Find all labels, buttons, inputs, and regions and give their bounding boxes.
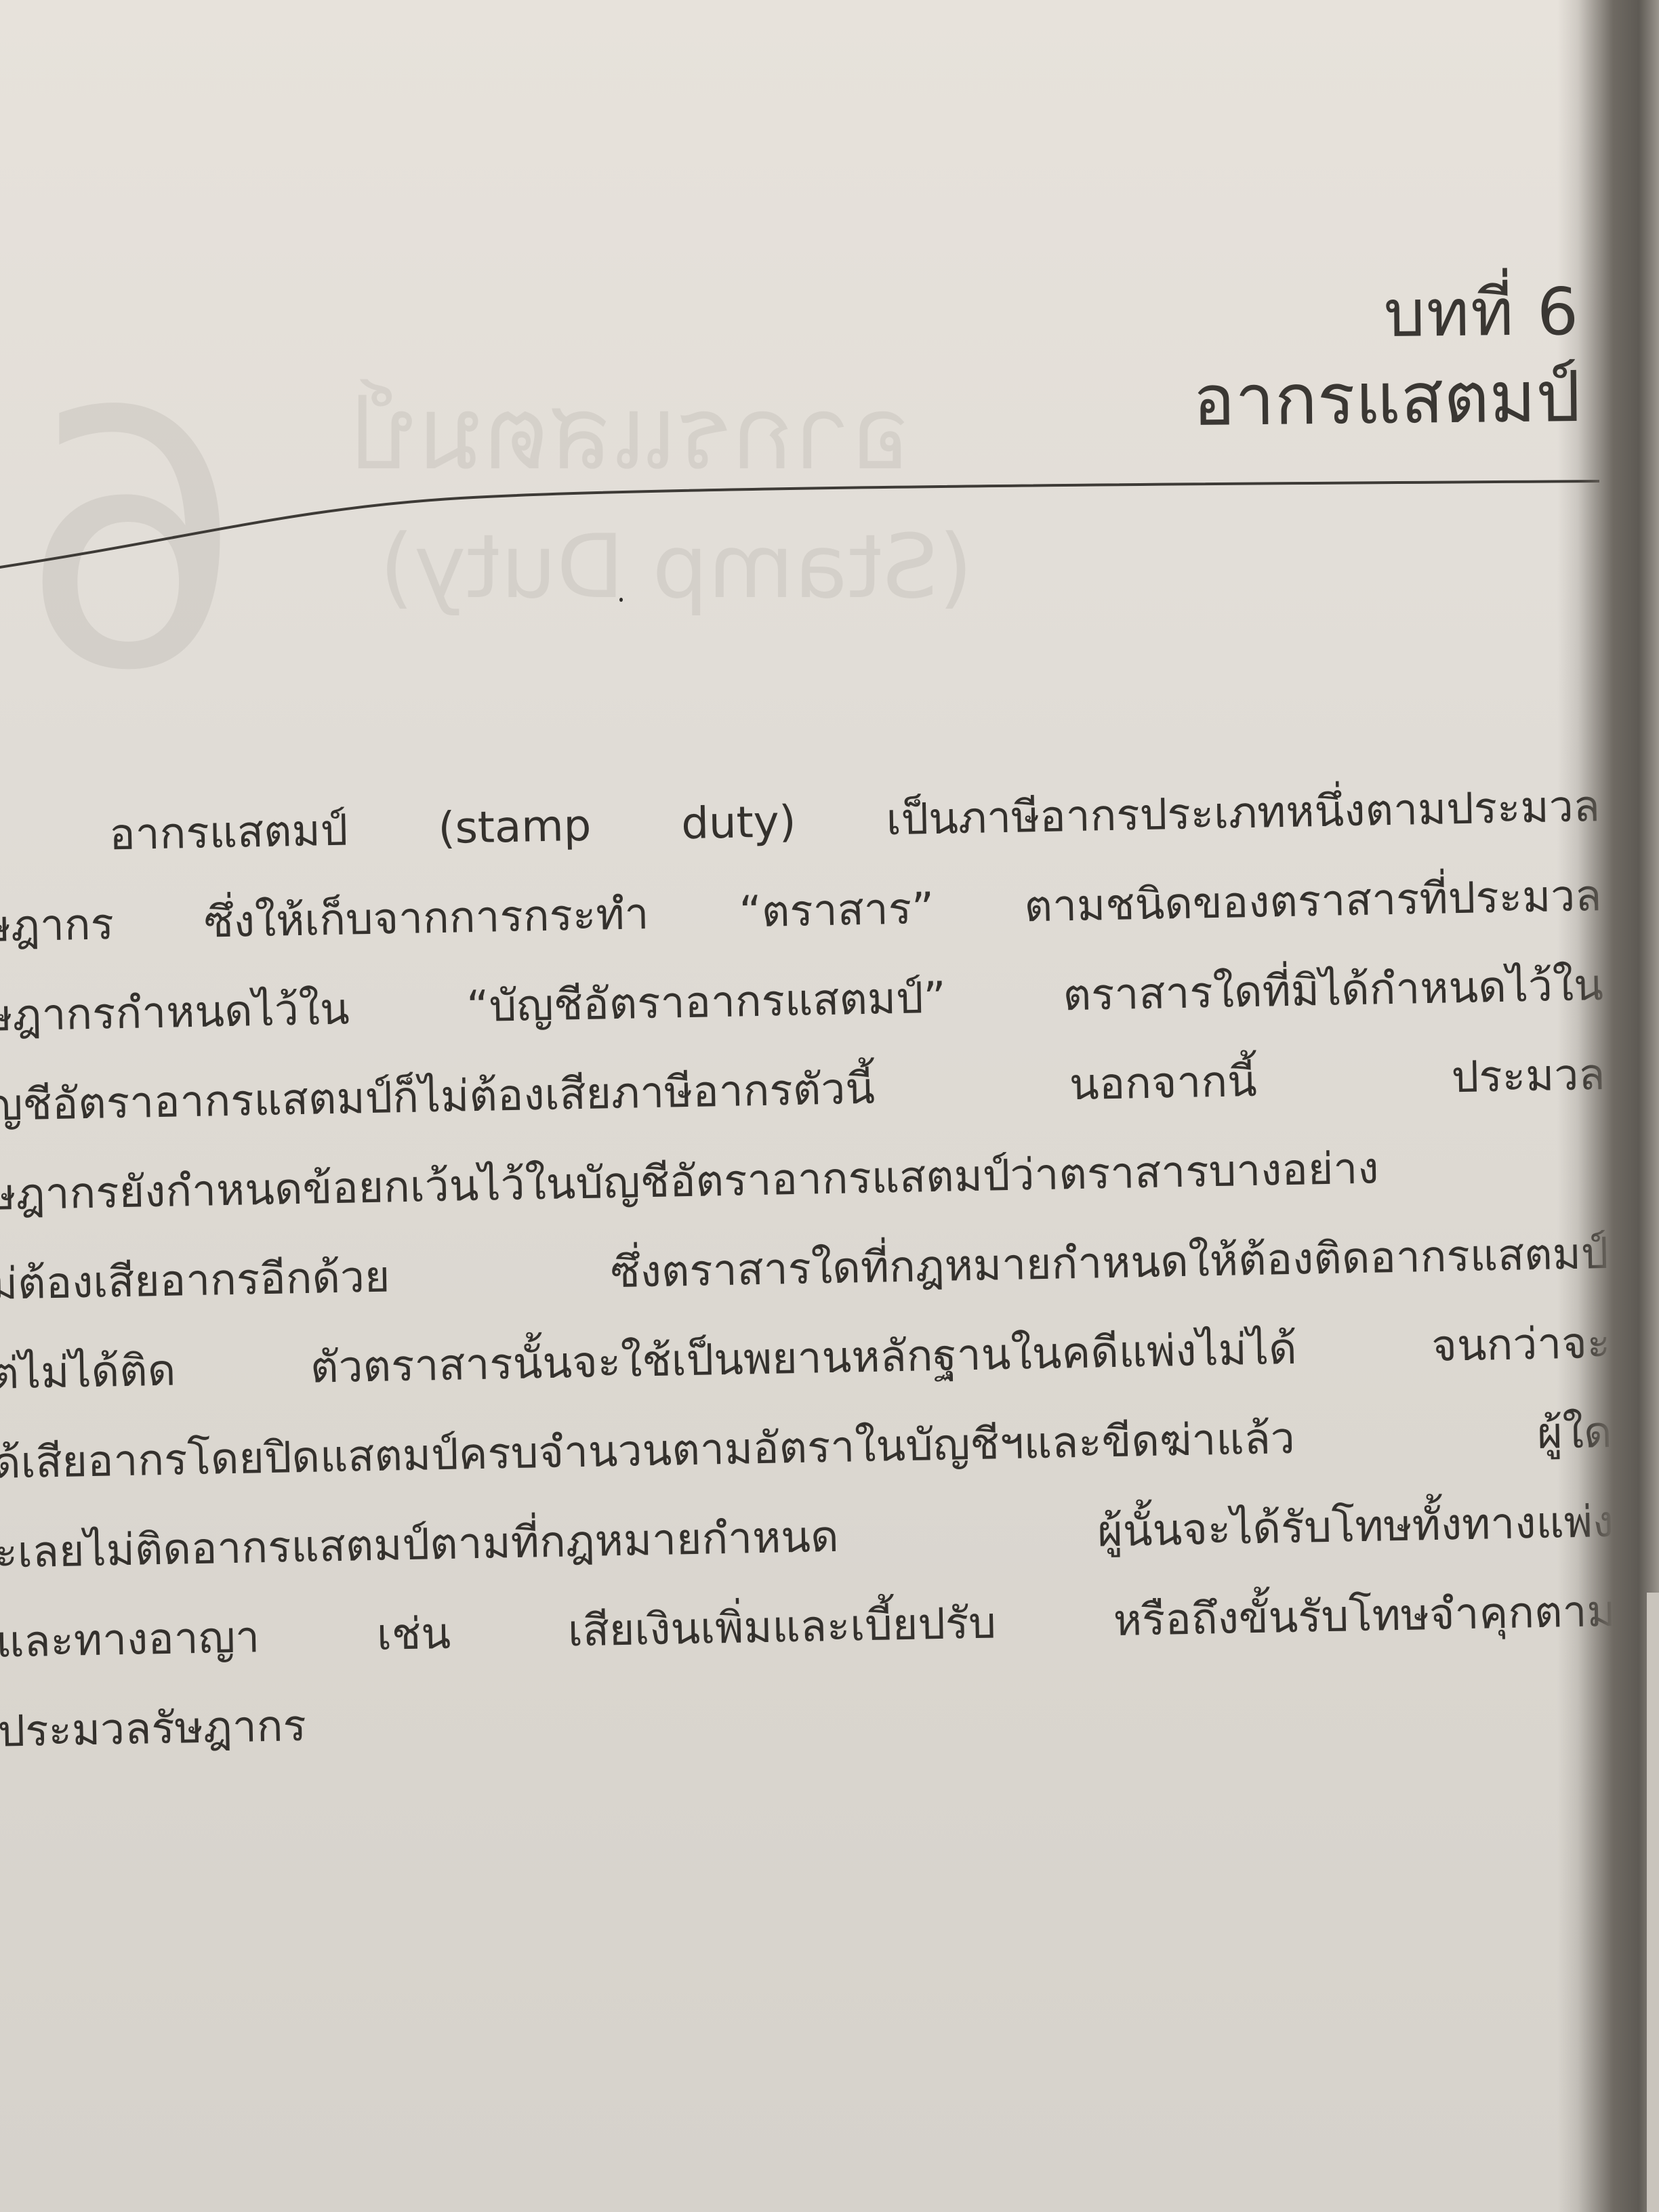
- book-gutter-shadow: [1557, 0, 1659, 2212]
- next-page-edge: [1647, 1593, 1659, 2212]
- body-paragraph: อากรแสตมป์ (stamp duty) เป็นภาษีอากรประเ…: [0, 762, 1618, 1777]
- chapter-heading: บทที่ 6 อากรแสตมป์: [1191, 271, 1581, 445]
- book-page: 6 อากรแสตมป์ (Stamp Duty) บทที่ 6 อากรแส…: [0, 0, 1640, 2212]
- ink-speck: [619, 598, 623, 602]
- heading-divider-rule: [0, 468, 1599, 590]
- chapter-number: บทที่ 6: [1191, 271, 1580, 356]
- chapter-title: อากรแสตมป์: [1192, 352, 1581, 445]
